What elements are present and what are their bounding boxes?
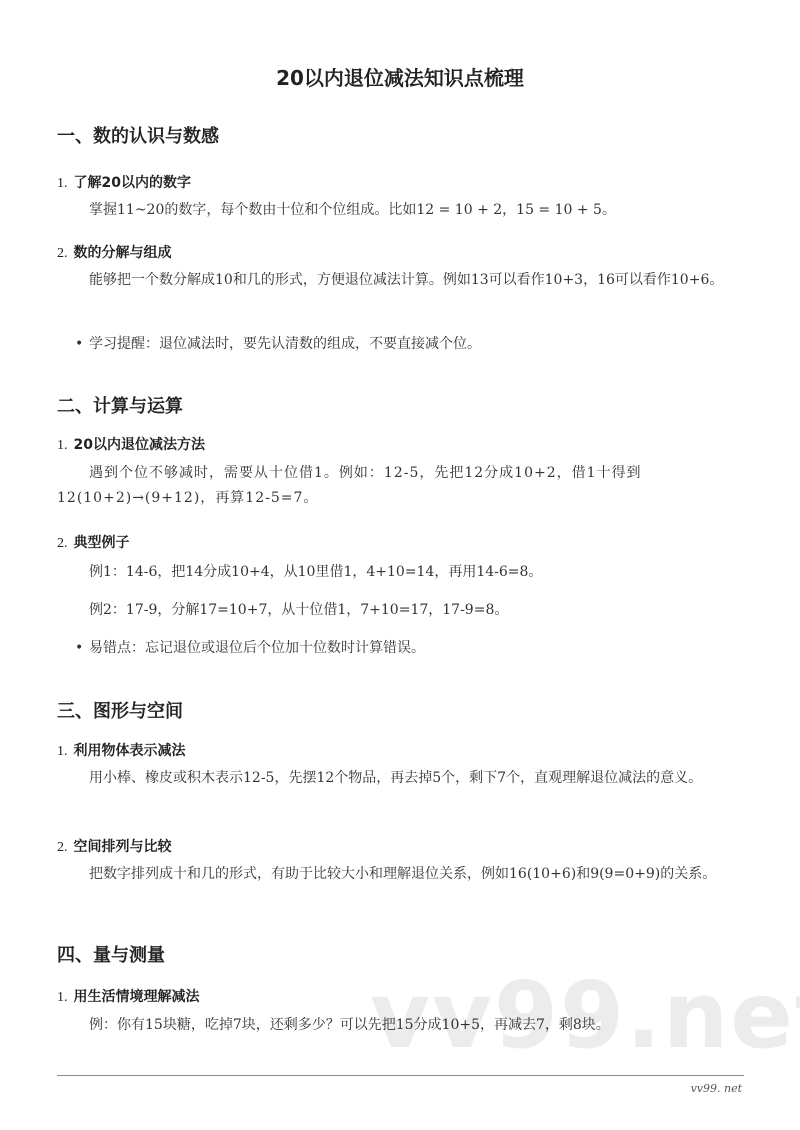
paragraph: 例：你有15块糖，吃掉7块，还剩多少？可以先把15分成10+5，再减去7，剩8块…: [57, 1013, 747, 1038]
bullet-text: 易错点：忘记退位或退位后个位加十位数时计算错误。: [89, 640, 425, 656]
paragraph: 例1：14-6，把14分成10+4，从10里借1，4+10=14，再用14-6=…: [89, 560, 749, 585]
paragraph: 把数字排列成十和几的形式，有助于比较大小和理解退位关系，例如16(10+6)和9…: [57, 862, 747, 887]
paragraph: 能够把一个数分解成10和几的形式，方便退位减法计算。例如13可以看作10+3，1…: [57, 268, 747, 293]
subsection-number: 1.: [57, 176, 68, 191]
section-heading: 四、量与测量: [57, 941, 165, 967]
document-page: vv99.net 20以内退位减法知识点梳理 一、数的认识与数感 1.了解20以…: [0, 0, 800, 1130]
subsection-number: 2.: [57, 246, 68, 261]
subsection-number: 1.: [57, 438, 68, 453]
subsection-title: 利用物体表示减法: [74, 743, 186, 759]
subsection-heading: 1.利用物体表示减法: [57, 740, 186, 760]
subsection-heading: 2.空间排列与比较: [57, 836, 172, 856]
bullet-icon: •: [75, 333, 89, 355]
page-title: 20以内退位减法知识点梳理: [0, 62, 800, 91]
subsection-heading: 2.典型例子: [57, 532, 130, 552]
subsection-heading: 1.了解20以内的数字: [57, 172, 191, 192]
paragraph: 例2：17-9，分解17=10+7，从十位借1，7+10=17，17-9=8。: [89, 598, 749, 623]
section-heading: 三、图形与空间: [57, 697, 183, 723]
bullet-item: •易错点：忘记退位或退位后个位加十位数时计算错误。: [75, 637, 745, 659]
bullet-icon: •: [75, 637, 89, 659]
subsection-title: 用生活情境理解减法: [74, 989, 200, 1005]
subsection-number: 2.: [57, 840, 68, 855]
subsection-title: 空间排列与比较: [74, 839, 172, 855]
paragraph: 掌握11~20的数字，每个数由十位和个位组成。比如12 = 10 + 2，15 …: [57, 198, 747, 223]
subsection-title: 20以内退位减法方法: [74, 437, 205, 453]
section-heading: 二、计算与运算: [57, 392, 183, 418]
footer-divider: [57, 1075, 744, 1076]
subsection-title: 典型例子: [74, 535, 130, 551]
subsection-heading: 2.数的分解与组成: [57, 242, 172, 262]
subsection-number: 1.: [57, 744, 68, 759]
bullet-text: 学习提醒：退位减法时，要先认清数的组成，不要直接减个位。: [89, 336, 481, 352]
subsection-number: 2.: [57, 536, 68, 551]
bullet-item: •学习提醒：退位减法时，要先认清数的组成，不要直接减个位。: [75, 333, 745, 355]
subsection-number: 1.: [57, 990, 68, 1005]
subsection-title: 了解20以内的数字: [74, 175, 191, 191]
footer-site-label: vv99. net: [691, 1082, 742, 1095]
paragraph: 用小棒、橡皮或积木表示12-5，先摆12个物品，再去掉5个，剩下7个，直观理解退…: [57, 766, 747, 791]
subsection-title: 数的分解与组成: [74, 245, 172, 261]
subsection-heading: 1.20以内退位减法方法: [57, 434, 205, 454]
section-heading: 一、数的认识与数感: [57, 122, 219, 148]
subsection-heading: 1.用生活情境理解减法: [57, 986, 200, 1006]
paragraph: 遇到个位不够减时，需要从十位借1。例如：12-5，先把12分成10+2，借1十得…: [57, 461, 747, 511]
